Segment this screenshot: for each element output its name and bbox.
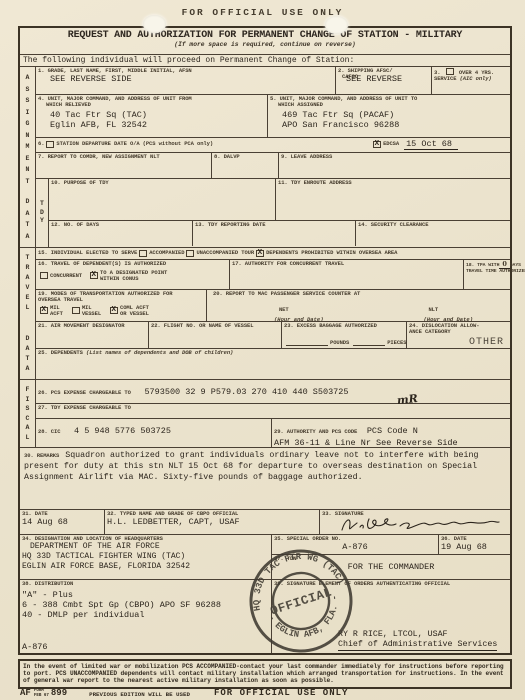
previous-edition-note: PREVIOUS EDITION WILL BE USED [89,691,190,698]
box-11-tdy-enroute: 11. TDY ENROUTE ADDRESS [276,179,510,220]
checkbox-concurrent [40,272,48,279]
form-title-block: REQUEST AND AUTHORIZATION FOR PERMANENT … [20,28,510,55]
checkbox-dependents-prohibited [256,250,264,257]
hole-punch [325,16,348,34]
box-32-cbpo-official: 32. TYPED NAME AND GRADE OF CBPO OFFICIA… [105,510,320,534]
box-1-grade-name: 1. GRADE, LAST NAME, FIRST, MIDDLE INITI… [36,67,336,94]
pieces-blank-line [353,340,385,346]
form-footer: AF FORM FEB 67 899 PREVIOUS EDITION WILL… [20,688,514,698]
fiscal-account-value: 5793500 32 9 P579.03 270 410 440 S503725 [144,387,348,397]
travel-data-section: TRAVEL DATA 15. INDIVIDUAL ELECTED TO SE… [20,248,510,380]
box-31-date: 31. DATE 14 Aug 68 [20,510,105,534]
box-5-unit-to: 5. UNIT, MAJOR COMMAND, AND ADDRESS OF U… [268,95,510,137]
box-27-tdy-expense: 27. TDY EXPENSE CHARGEABLE TO [36,404,510,418]
box-12-no-of-days: 12. NO. OF DAYS [49,221,193,246]
box-10-purpose-tdy: 10. PURPOSE OF TDY [49,179,276,220]
cbpo-date-value: 14 Aug 68 [22,517,102,527]
box-13-tdy-reporting-date: 13. TDY REPORTING DATE [193,221,356,246]
edcsa-date-value: 15 Oct 68 [404,139,458,150]
box-4-unit-from: 4. UNIT, MAJOR COMMAND, AND ADDRESS OF U… [36,95,268,137]
classification-banner-bottom: FOR OFFICIAL USE ONLY [214,688,348,698]
checkbox-mil-vessel [72,307,80,314]
box-14-security-clearance: 14. SECURITY CLEARANCE [356,221,510,246]
checkbox-unaccompanied [186,250,194,257]
box-1-value: SEE REVERSE SIDE [50,74,333,84]
form-title: REQUEST AND AUTHORIZATION FOR PERMANENT … [20,30,510,41]
box-24-dislocation-allowance: 24. DISLOCATION ALLOW- ANCE CATEGORY OTH… [407,322,510,349]
hole-punch [143,15,166,33]
cbpo-name-value: H.L. LEDBETTER, CAPT, USAF [107,517,317,527]
fiscal-section: FISCAL 26. PCS EXPENSE CHARGEABLE TO 579… [20,380,510,448]
box-16-dependent-travel: 16. TRAVEL OF DEPENDENT(S) IS AUTHORIZED… [36,260,230,289]
tdy-vertical-label: TDY [36,179,49,247]
box-18-tpa-days: 18. TPA WITH0DAYS TRAVEL TIME AUTHORIZED [464,260,510,289]
official-title: Chief of Administrative Services [338,640,497,651]
checkbox-over-4yrs [446,68,454,75]
box-9-leave-address: 9. LEAVE ADDRESS [279,153,510,179]
proceed-statement: The following individual will proceed on… [20,55,510,67]
box-30-remarks-row: 30. REMARKSSquadron authorized to grant … [20,448,510,510]
box-3-over-4yrs: 3. OVER 4 YRS. SERVICE (AIC only) [432,67,510,94]
form-edition-stack: FORM FEB 67 [34,689,49,698]
checkbox-accompanied [139,250,147,257]
box-21-air-movement: 21. AIR MOVEMENT DESIGNATOR [36,322,149,349]
box-6-departure-date: 6. STATION DEPARTURE DATE O/A (PCS witho… [36,138,510,152]
classification-banner-top: FOR OFFICIAL USE ONLY [0,7,525,18]
dislocation-category-value: OTHER [469,337,504,348]
stamp-center-text: OFFICIAL [269,585,334,618]
box-19-transport-modes: 19. MODES OF TRANSPORTATION AUTHORIZED F… [36,290,207,321]
box-34-headquarters: 34. DESIGNATION AND LOCATION OF HEADQUAR… [20,535,272,579]
box-7-report-nlt: 7. REPORT TO COMDR, NEW ASSIGNMENT NLT [36,153,212,179]
box-8-dalvp: 8. DALVP [212,153,279,179]
handwritten-days-value: 0 [499,260,509,269]
box-30-remarks: 30. REMARKSSquadron authorized to grant … [20,448,510,509]
pounds-blank-line [286,340,328,346]
box-20-mac-counter: 20. REPORT TO MAC PASSENGER SERVICE COUN… [207,290,510,321]
authority-value: AFM 36-11 & Line Nr See Reverse Side [274,438,508,448]
fiscal-vertical-label: FISCAL [20,380,36,447]
checkbox-coml-acft [110,307,118,314]
checkbox-station-departure [46,141,54,148]
assignment-data-vertical-label: ASSIGNMENT DATA [20,67,36,247]
box-38-distribution: 38. DISTRIBUTION "A" - Plus 6 - 388 Cmbt… [20,580,272,653]
assignment-data-section: ASSIGNMENT DATA 1. GRADE, LAST NAME, FIR… [20,67,510,248]
box-2-shipping-afsc: 2. SHIPPING AFSC/ CAFSC SEE REVERSE [336,67,432,94]
checkbox-designated-point [90,272,98,279]
box-2-value: SEE REVERSE [346,74,402,84]
box-17-concurrent-authority: 17. AUTHORITY FOR CONCURRENT TRAVEL [230,260,464,289]
order-number-footer: A-876 [22,642,48,652]
af-form-899: REQUEST AND AUTHORIZATION FOR PERMANENT … [18,26,512,655]
handwritten-signature [338,514,503,540]
form-number-899: 899 [51,688,67,698]
order-date-value: 19 Aug 68 [441,542,508,552]
scanned-document-page: FOR OFFICIAL USE ONLY REQUEST AND AUTHOR… [0,0,525,700]
checkbox-mil-acft [40,307,48,314]
form-subtitle: (If more space is required, continue on … [20,41,510,48]
box-28-cic: 28. CIC 4 5 948 5776 503725 [36,419,272,447]
cbpo-signature-row: 31. DATE 14 Aug 68 32. TYPED NAME AND GR… [20,510,510,535]
box-22-flight-no: 22. FLIGHT NO. OR NAME OF VESSEL [149,322,282,349]
travel-data-vertical-label: TRAVEL DATA [20,248,36,379]
pcs-code-value: PCS Code N [367,426,418,436]
cic-value: 4 5 948 5776 503725 [74,426,171,436]
box-23-excess-baggage: 23. EXCESS BAGGAGE AUTHORIZED POUNDS PIE… [282,322,407,349]
box-29-authority-pcs-code: 29. AUTHORITY AND PCS CODE PCS Code N AF… [272,419,510,447]
remarks-text: Squadron authorized to grant individuals… [24,451,478,482]
box-33-signature: 33. SIGNATURE [320,510,510,534]
box-15-tour-election: 15. INDIVIDUAL ELECTED TO SERVE ACCOMPAN… [36,248,510,259]
box-25-dependents: 25. DEPENDENTS (List names of dependents… [36,349,510,379]
box-26-pcs-expense: 26. PCS EXPENSE CHARGEABLE TO 5793500 32… [36,380,510,403]
checkbox-edcsa [373,141,381,148]
form-number-af: AF [20,688,31,698]
